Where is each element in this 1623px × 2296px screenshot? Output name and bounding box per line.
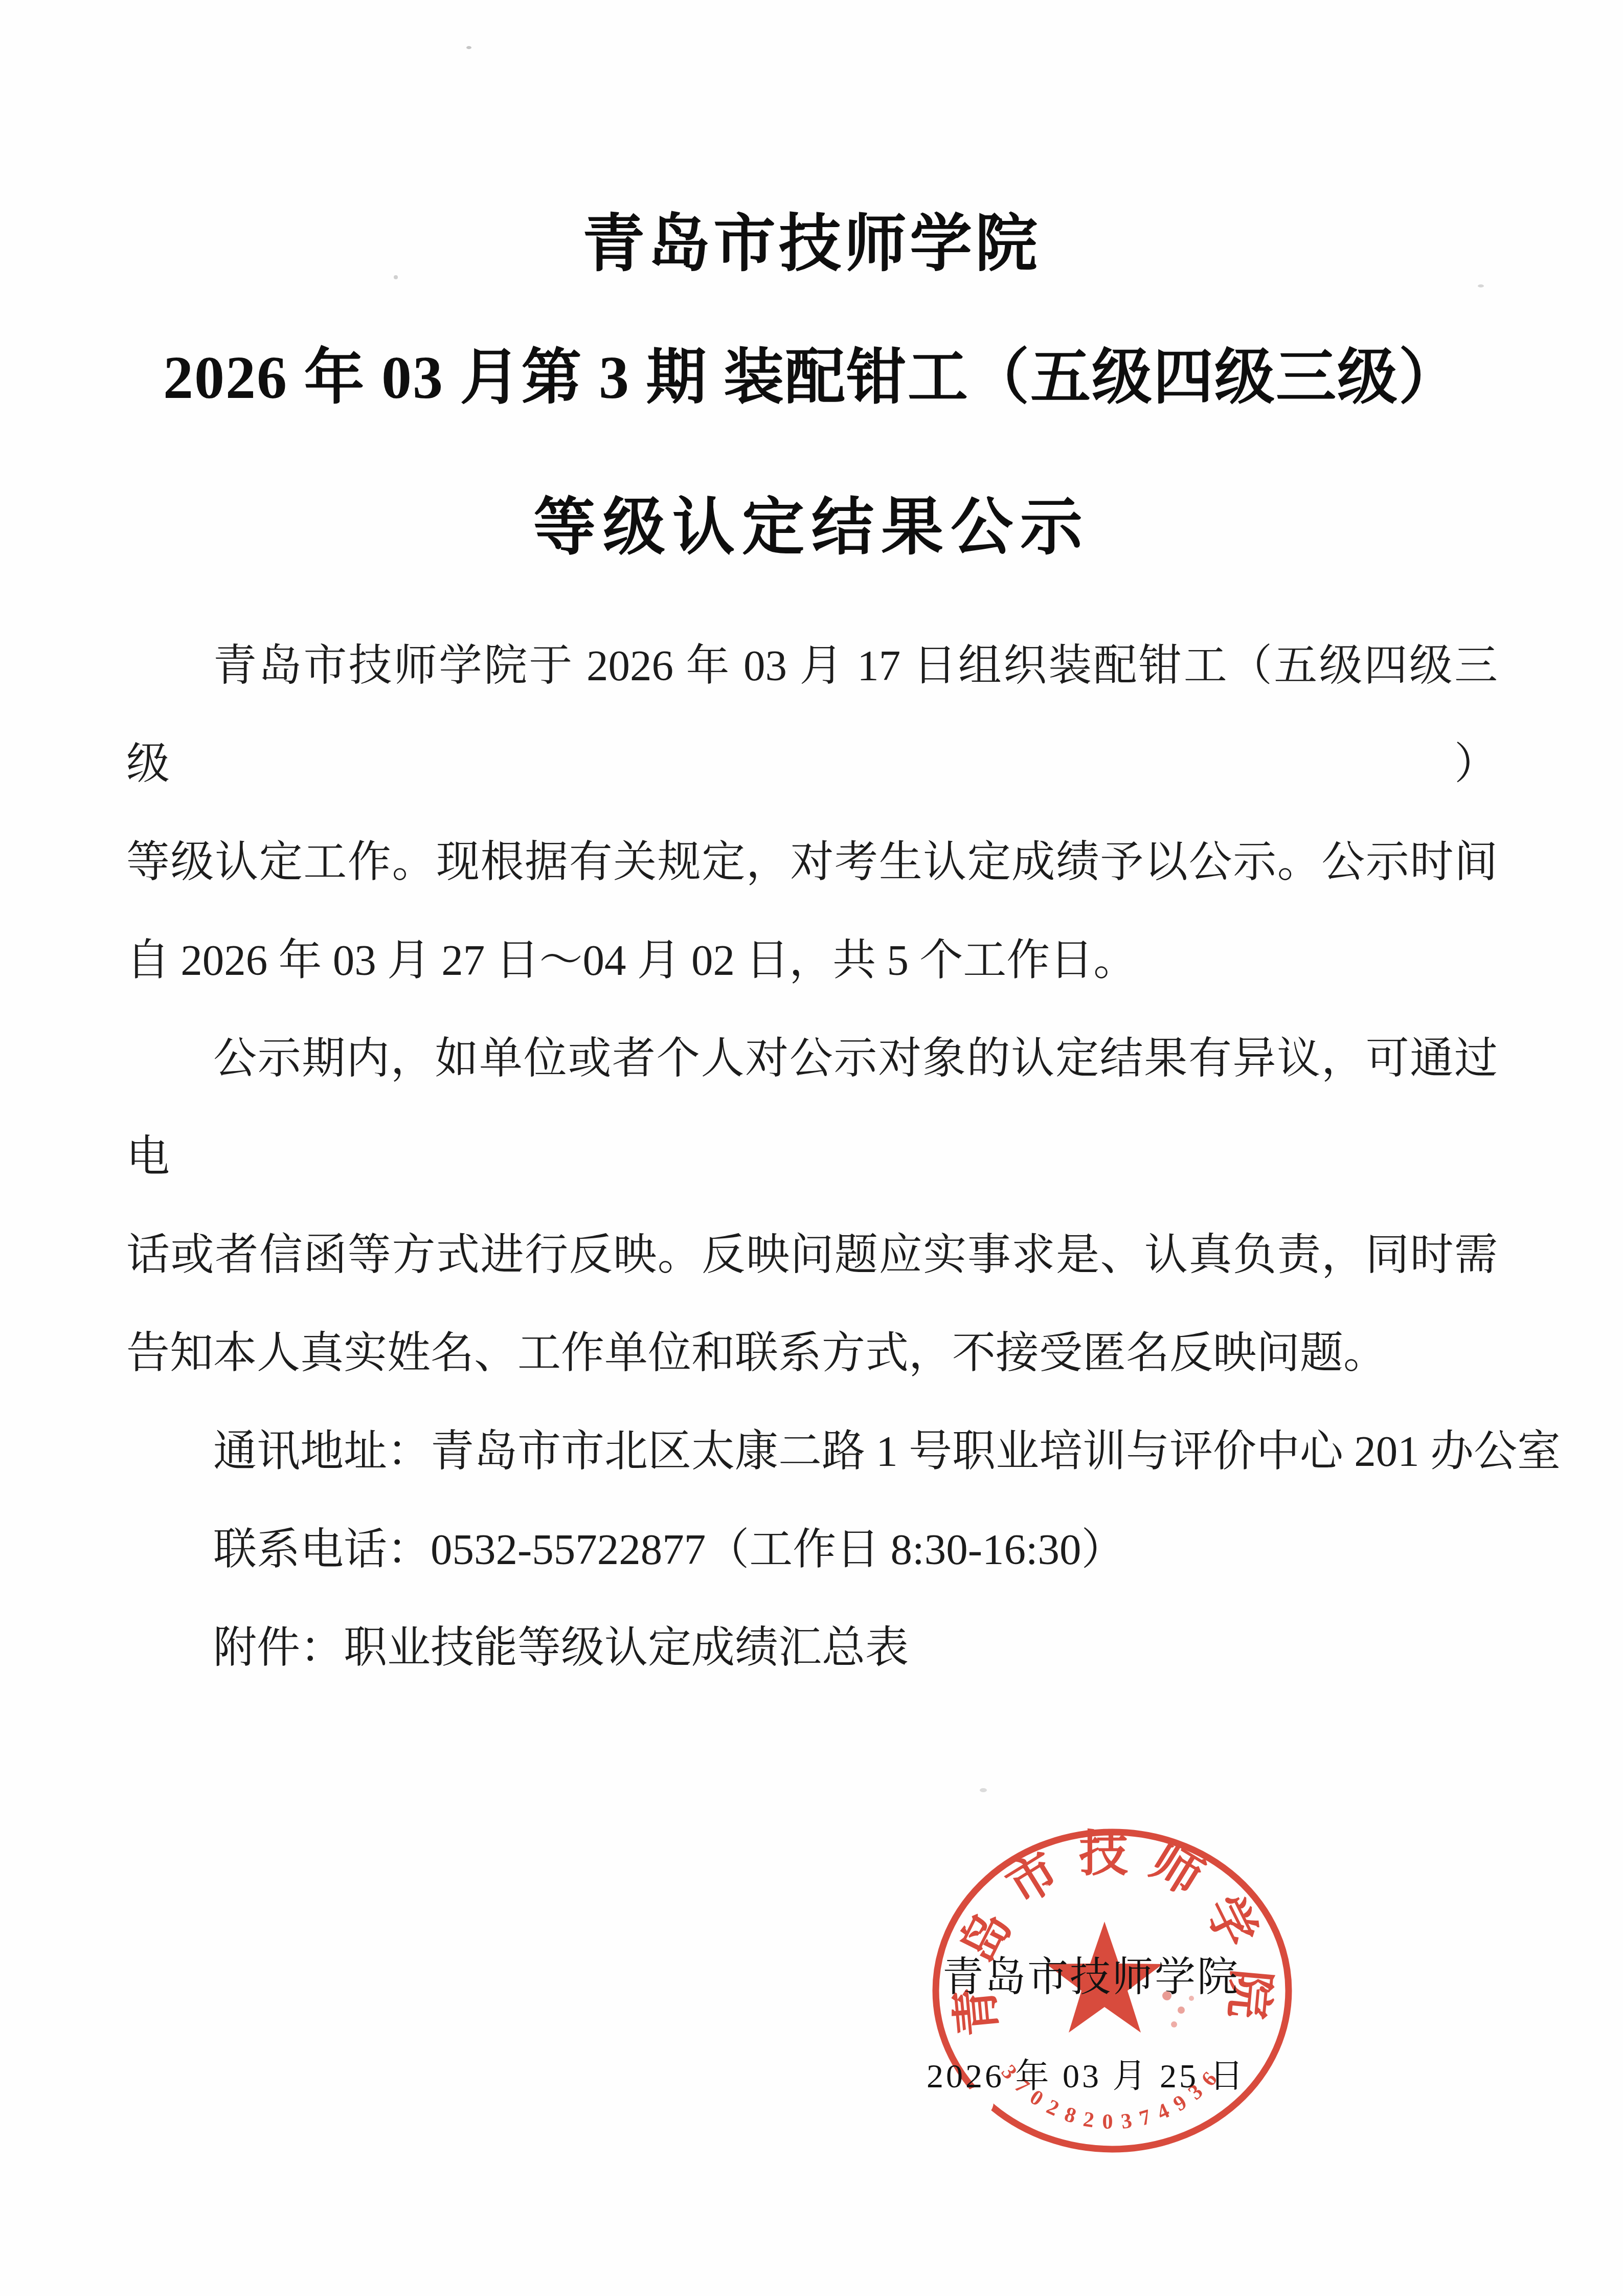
ink-speck — [1178, 2007, 1185, 2014]
scan-speck — [1478, 284, 1484, 287]
body-line-address: 通讯地址：青岛市市北区太康二路 1 号职业培训与评价中心 201 办公室 — [126, 1402, 1498, 1501]
body-line: 自 2026 年 03 月 27 日～04 月 02 日，共 5 个工作日。 — [126, 911, 1498, 1010]
ink-speck — [1171, 2021, 1177, 2027]
document-title-subject: 等级认定结果公示 — [0, 477, 1623, 566]
body-line: 公示期内，如单位或者个人对公示对象的认定结果有异议，可通过电 — [126, 1010, 1498, 1206]
signature-date: 2026 年 03 月 25 日 — [927, 2048, 1246, 2097]
body-line: 话或者信函等方式进行反映。反映问题应实事求是、认真负责，同时需 — [126, 1206, 1498, 1304]
document-title-session: 2026 年 03 月第 3 期 装配钳工（五级四级三级） — [0, 328, 1623, 415]
scan-speck — [466, 46, 471, 49]
body-line-attachment: 附件：职业技能等级认定成绩汇总表 — [126, 1599, 1498, 1697]
body-line: 青岛市技师学院于 2026 年 03 月 17 日组织装配钳工（五级四级三级） — [126, 617, 1498, 813]
document-title-org: 青岛市技师学院 — [0, 193, 1623, 283]
scan-speck — [980, 1788, 987, 1792]
document-body: 青岛市技师学院于 2026 年 03 月 17 日组织装配钳工（五级四级三级） … — [126, 617, 1498, 1697]
body-line: 等级认定工作。现根据有关规定，对考生认定成绩予以公示。公示时间 — [126, 813, 1498, 911]
signature-org: 青岛市技师学院 — [942, 1944, 1239, 2002]
scanned-notice-page: 青岛市技师学院 2026 年 03 月第 3 期 装配钳工（五级四级三级） 等级… — [0, 0, 1623, 2296]
body-line: 告知本人真实姓名、工作单位和联系方式，不接受匿名反映问题。 — [126, 1304, 1498, 1402]
body-line-phone: 联系电话：0532-55722877（工作日 8:30-16:30） — [126, 1501, 1498, 1599]
ink-speck — [1045, 1881, 1050, 1886]
